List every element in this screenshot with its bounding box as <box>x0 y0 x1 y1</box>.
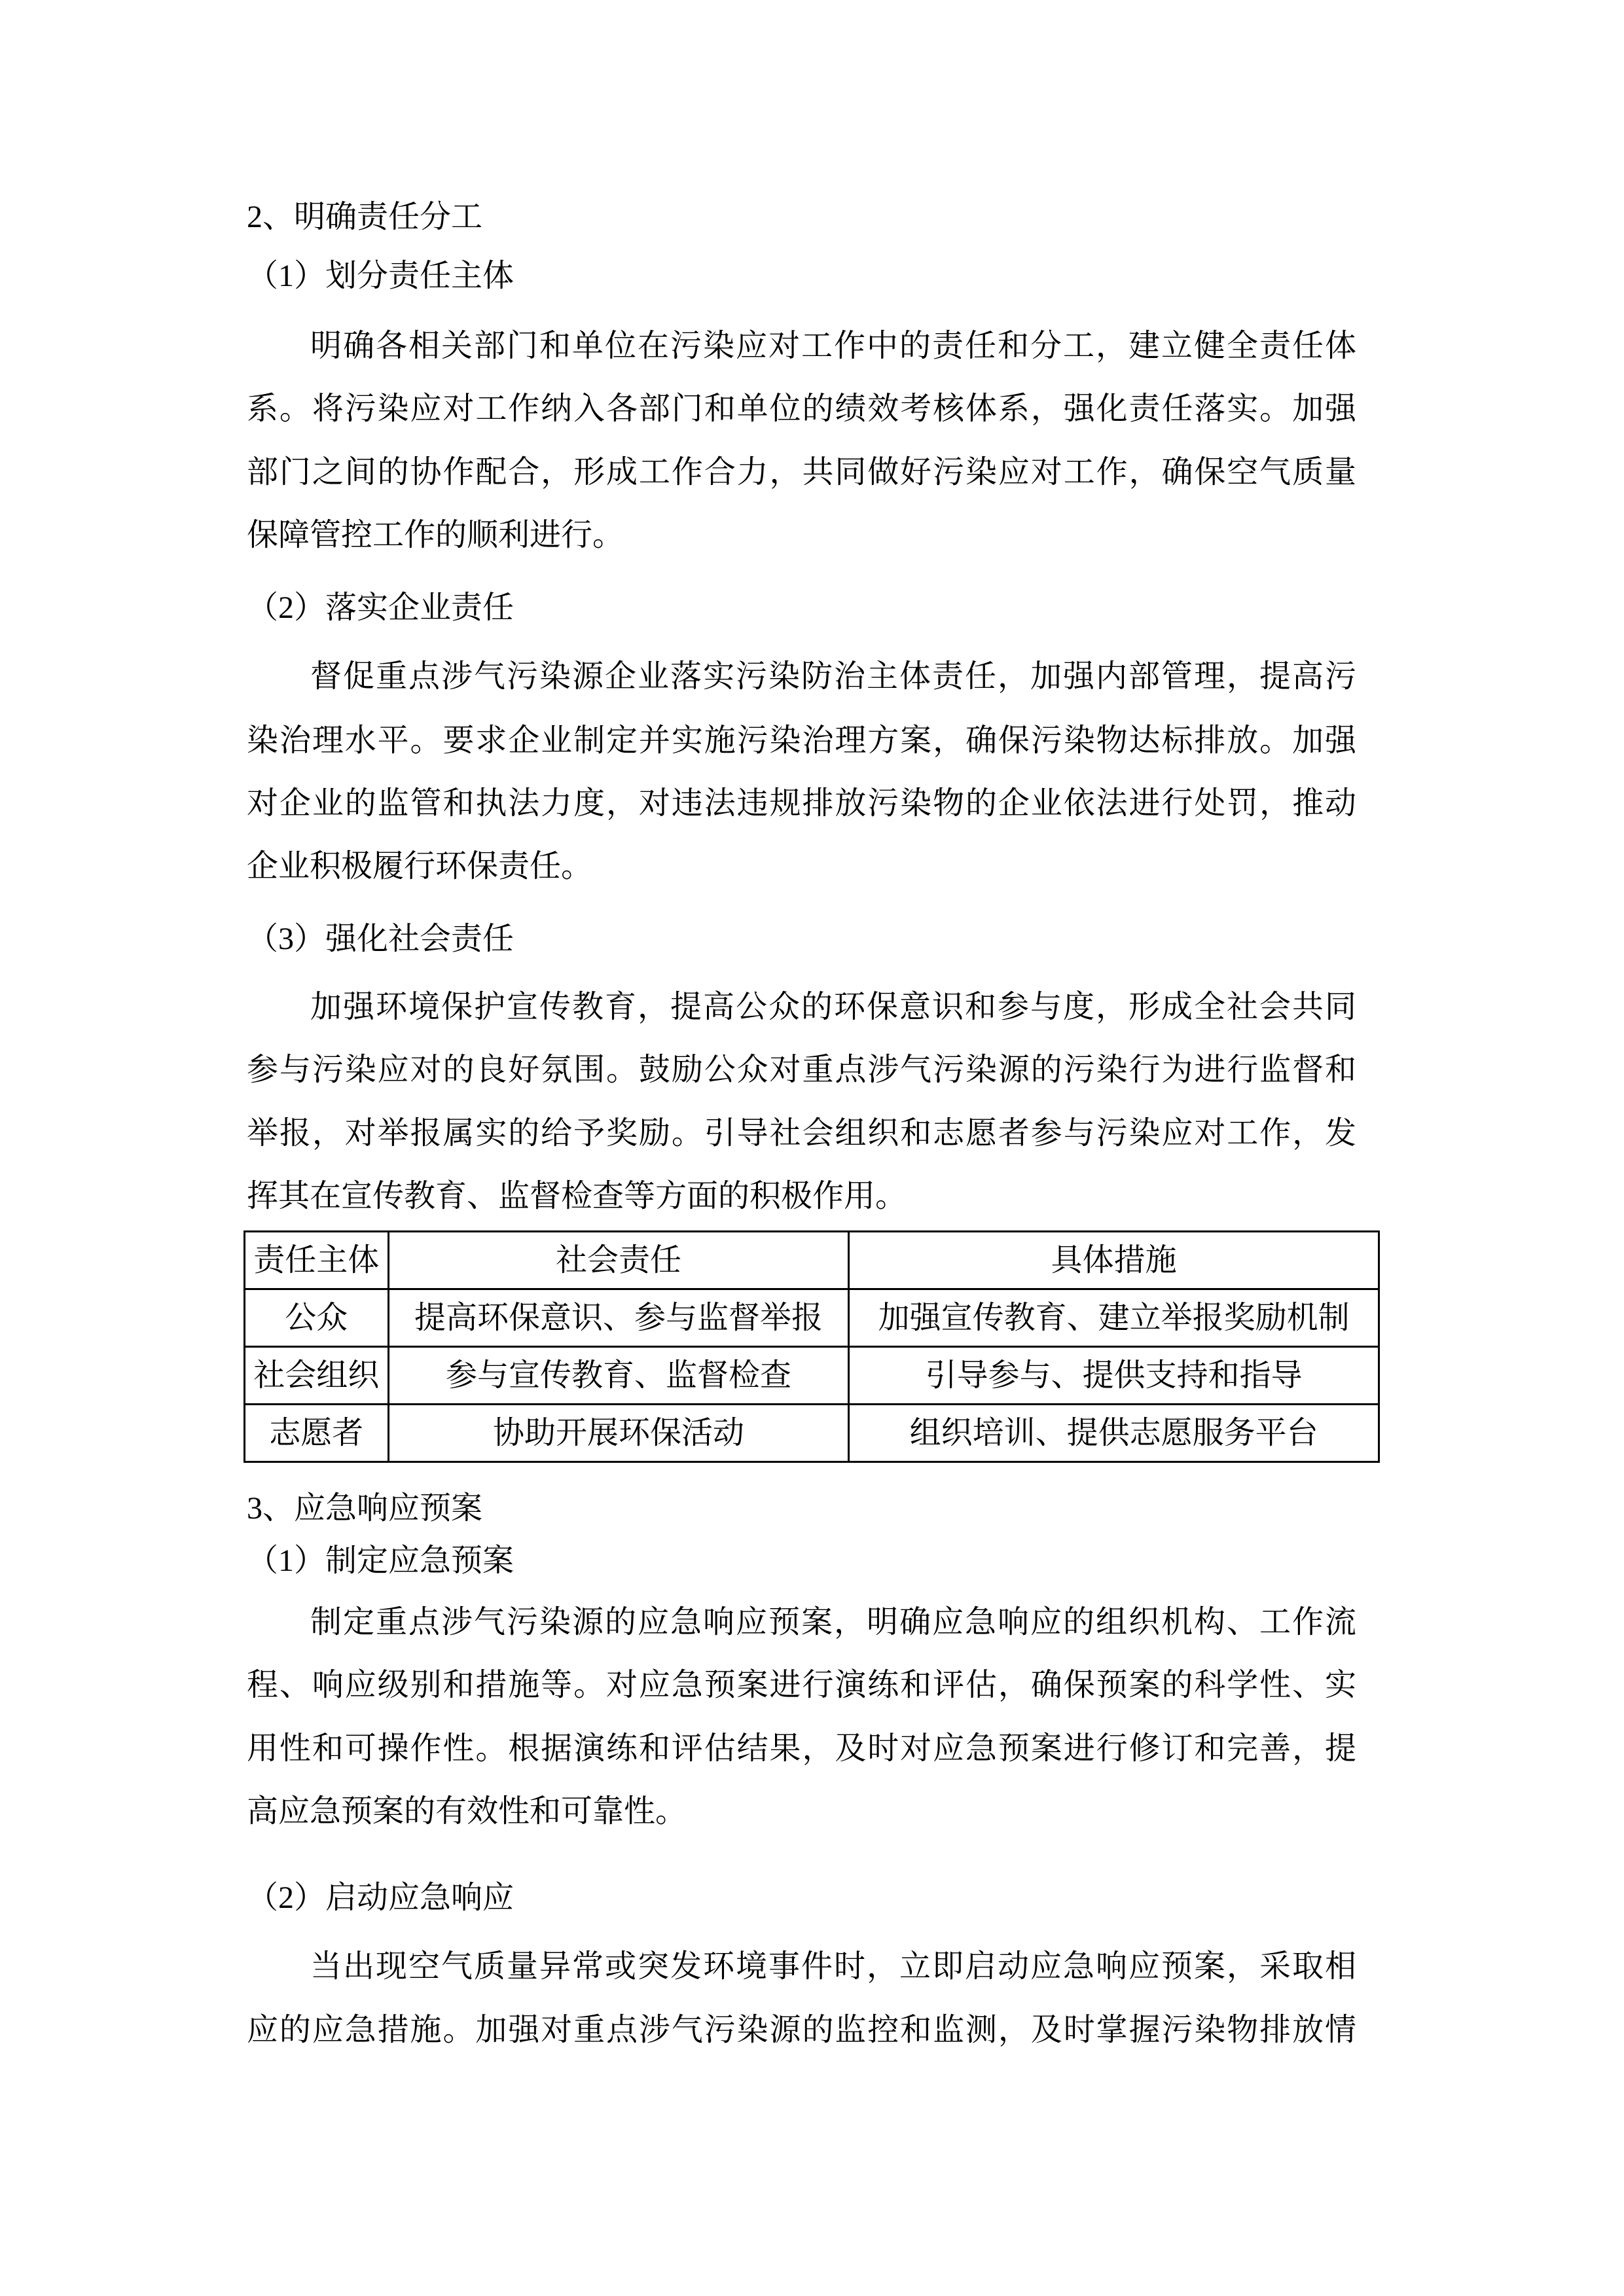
table-row: 公众 提高环保意识、参与监督举报 加强宣传教育、建立举报奖励机制 <box>245 1289 1379 1347</box>
table-cell: 提高环保意识、参与监督举报 <box>388 1289 849 1347</box>
table-cell: 引导参与、提供支持和指导 <box>849 1347 1379 1405</box>
paragraph-line: 用性和可操作性。根据演练和评估结果，及时对应急预案进行修订和完善，提 <box>247 1731 1356 1767</box>
paragraph-line: 系。将污染应对工作纳入各部门和单位的绩效考核体系，强化责任落实。加强 <box>247 391 1356 427</box>
paragraph-line: 参与污染应对的良好氛围。鼓励公众对重点涉气污染源的污染行为进行监督和 <box>247 1052 1356 1088</box>
paragraph-line: 保障管控工作的顺利进行。 <box>247 517 1356 554</box>
table-cell: 志愿者 <box>245 1405 389 1462</box>
table-cell: 参与宣传教育、监督检查 <box>388 1347 849 1405</box>
subsection-title-3-1: （1）制定应急预案 <box>247 1543 514 1579</box>
paragraph-line: 举报，对举报属实的给予奖励。引导社会组织和志愿者参与污染应对工作，发 <box>247 1115 1356 1152</box>
paragraph-line: 当出现空气质量异常或突发环境事件时，立即启动应急响应预案，采取相 <box>310 1948 1356 1985</box>
table-cell: 协助开展环保活动 <box>388 1405 849 1462</box>
paragraph-line: 程、响应级别和措施等。对应急预案进行演练和评估，确保预案的科学性、实 <box>247 1667 1356 1704</box>
paragraph-line: 明确各相关部门和单位在污染应对工作中的责任和分工，建立健全责任体 <box>310 328 1356 365</box>
paragraph-line: 染治理水平。要求企业制定并实施污染治理方案，确保污染物达标排放。加强 <box>247 723 1356 759</box>
subsection-title-2-1: （1）划分责任主体 <box>247 258 514 295</box>
section-heading-3: 3、应急响应预案 <box>247 1490 482 1527</box>
table-cell: 加强宣传教育、建立举报奖励机制 <box>849 1289 1379 1347</box>
section-heading-2: 2、明确责任分工 <box>247 199 482 236</box>
paragraph-line: 挥其在宣传教育、监督检查等方面的积极作用。 <box>247 1178 1356 1215</box>
table-header-cell: 具体措施 <box>849 1232 1379 1289</box>
paragraph-line: 督促重点涉气污染源企业落实污染防治主体责任，加强内部管理，提高污 <box>310 658 1356 695</box>
paragraph-line: 高应急预案的有效性和可靠性。 <box>247 1793 1356 1830</box>
table-cell: 公众 <box>245 1289 389 1347</box>
subsection-title-2-3: （3）强化社会责任 <box>247 921 514 958</box>
table-row: 志愿者 协助开展环保活动 组织培训、提供志愿服务平台 <box>245 1405 1379 1462</box>
table-row: 社会组织 参与宣传教育、监督检查 引导参与、提供支持和指导 <box>245 1347 1379 1405</box>
paragraph-line: 制定重点涉气污染源的应急响应预案，明确应急响应的组织机构、工作流 <box>310 1604 1356 1641</box>
subsection-title-2-2: （2）落实企业责任 <box>247 590 514 626</box>
table-header-cell: 社会责任 <box>388 1232 849 1289</box>
paragraph-line: 部门之间的协作配合，形成工作合力，共同做好污染应对工作，确保空气质量 <box>247 454 1356 491</box>
paragraph-line: 应的应急措施。加强对重点涉气污染源的监控和监测，及时掌握污染物排放情 <box>247 2012 1356 2049</box>
responsibility-table: 责任主体 社会责任 具体措施 公众 提高环保意识、参与监督举报 加强宣传教育、建… <box>244 1230 1380 1463</box>
paragraph-line: 企业积极履行环保责任。 <box>247 848 1356 885</box>
table-cell: 社会组织 <box>245 1347 389 1405</box>
paragraph-line: 对企业的监管和执法力度，对违法违规排放污染物的企业依法进行处罚，推动 <box>247 785 1356 822</box>
table-cell: 组织培训、提供志愿服务平台 <box>849 1405 1379 1462</box>
table-header-row: 责任主体 社会责任 具体措施 <box>245 1232 1379 1289</box>
subsection-title-3-2: （2）启动应急响应 <box>247 1880 514 1916</box>
paragraph-line: 加强环境保护宣传教育，提高公众的环保意识和参与度，形成全社会共同 <box>310 989 1356 1026</box>
table-header-cell: 责任主体 <box>245 1232 389 1289</box>
